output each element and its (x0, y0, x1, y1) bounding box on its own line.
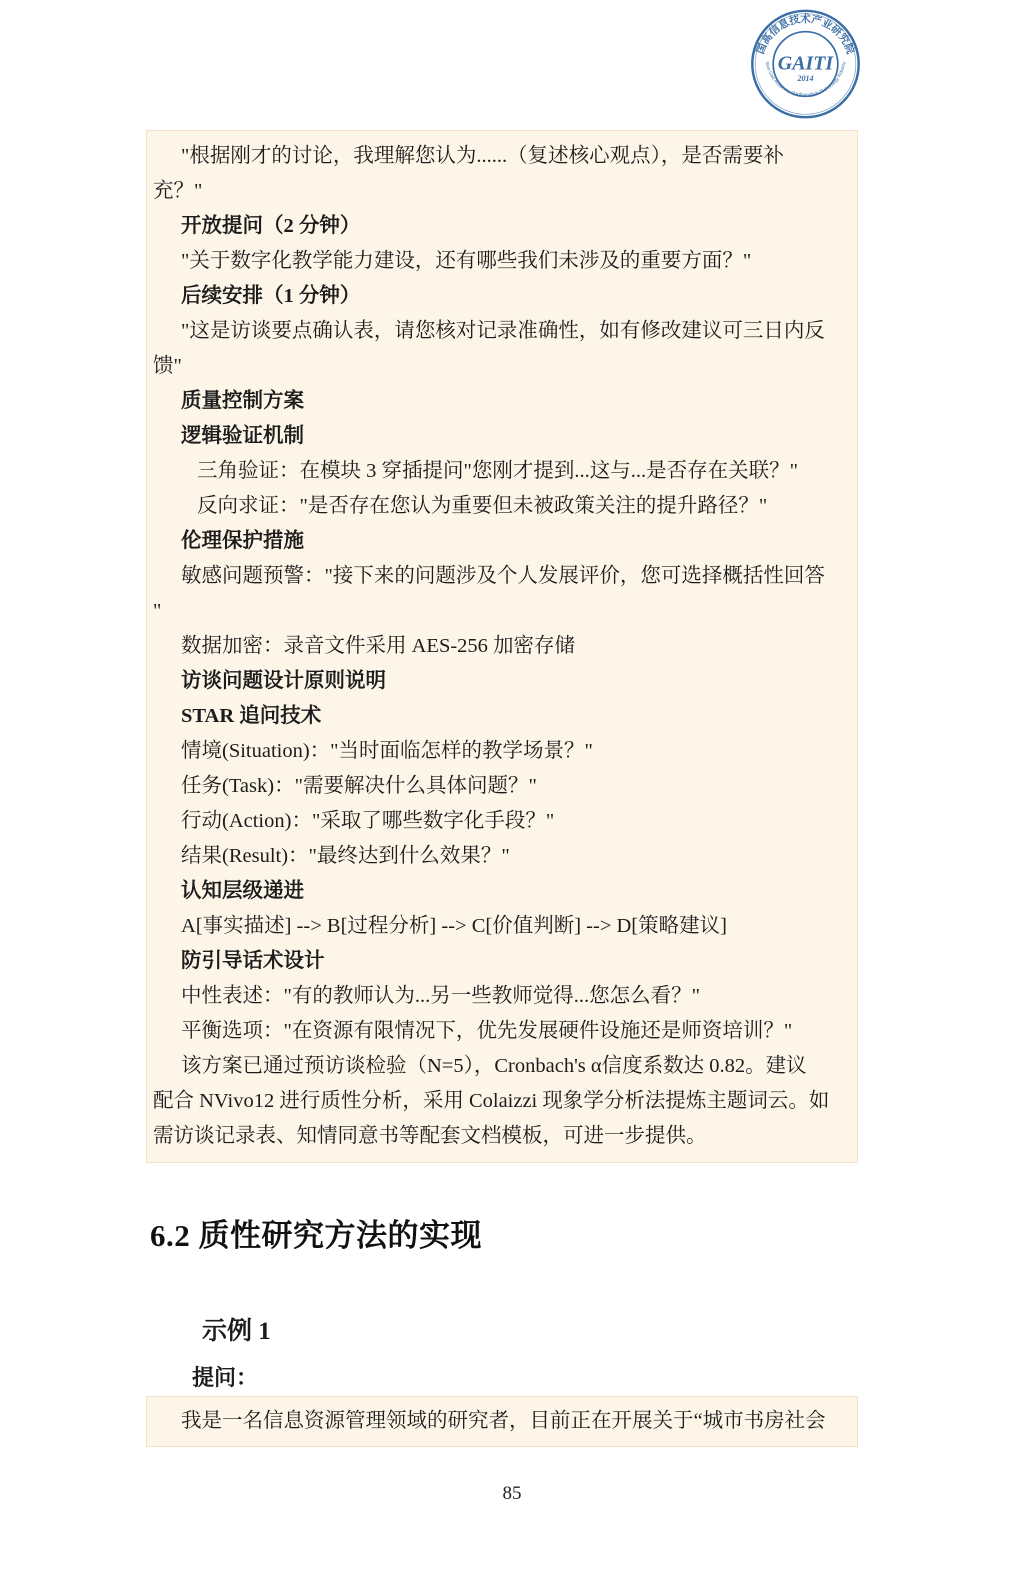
paragraph: "关于数字化教学能力建设，还有哪些我们未涉及的重要方面？" (153, 244, 851, 279)
section-heading: 6.2 质性研究方法的实现 (150, 1215, 858, 1257)
paragraph: 敏感问题预警："接下来的问题涉及个人发展评价，您可选择概括性回答 " (153, 559, 851, 629)
paragraph: 认知层级递进 (153, 874, 851, 909)
paragraph: 任务(Task)："需要解决什么具体问题？" (153, 769, 851, 804)
paragraph: 访谈问题设计原则说明 (153, 664, 851, 699)
paragraph: 情境(Situation)："当时面临怎样的教学场景？" (153, 734, 851, 769)
paragraph: 平衡选项："在资源有限情况下，优先发展硬件设施还是师资培训？" (153, 1014, 851, 1049)
paragraph: STAR 追问技术 (153, 699, 851, 734)
paragraph: 结果(Result)："最终达到什么效果？" (153, 839, 851, 874)
paragraph: "根据刚才的讨论，我理解您认为......（复述核心观点），是否需要补 充？" (153, 139, 851, 209)
question-text: 我是一名信息资源管理领域的研究者，目前正在开展关于“城市书房社会 (153, 1404, 851, 1439)
paragraph: 防引导话术设计 (153, 944, 851, 979)
paragraph: 逻辑验证机制 (153, 419, 851, 454)
paragraph: 开放提问（2 分钟） (153, 209, 851, 244)
gaiti-logo: 国高信息技术产业研究院 Sino Gao Academy of Informat… (746, 7, 865, 121)
paragraph: 后续安排（1 分钟） (153, 279, 851, 314)
gaiti-seal-icon: 国高信息技术产业研究院 Sino Gao Academy of Informat… (746, 7, 865, 121)
page-number: 85 (0, 1483, 1024, 1505)
paragraph: 行动(Action)："采取了哪些数字化手段？" (153, 804, 851, 839)
question-block: 我是一名信息资源管理领域的研究者，目前正在开展关于“城市书房社会 (146, 1396, 858, 1447)
paragraph: 数据加密：录音文件采用 AES-256 加密存储 (153, 629, 851, 664)
paragraph: A[事实描述] --> B[过程分析] --> C[价值判断] --> D[策略… (153, 909, 851, 944)
content-column: "根据刚才的讨论，我理解您认为......（复述核心观点），是否需要补 充？" … (146, 130, 858, 1447)
example-label: 示例 1 (202, 1315, 858, 1348)
paragraph: 伦理保护措施 (153, 524, 851, 559)
logo-year: 2014 (796, 74, 813, 83)
paragraph: 三角验证：在模块 3 穿插提问"您刚才提到...这与...是否存在关联？" (153, 454, 851, 489)
logo-acronym: GAITI (778, 53, 835, 75)
document-page: 国高信息技术产业研究院 Sino Gao Academy of Informat… (0, 0, 1024, 1585)
paragraph: 中性表述："有的教师认为...另一些教师觉得...您怎么看？" (153, 979, 851, 1014)
paragraph: "这是访谈要点确认表，请您核对记录准确性，如有修改建议可三日内反 馈" (153, 314, 851, 384)
paragraph: 该方案已通过预访谈检验（N=5），Cronbach's α信度系数达 0.82。… (153, 1049, 851, 1154)
paragraph: 反向求证："是否存在您认为重要但未被政策关注的提升路径？" (153, 489, 851, 524)
prompt-label: 提问： (192, 1363, 858, 1392)
paragraph: 质量控制方案 (153, 384, 851, 419)
interview-guide-block: "根据刚才的讨论，我理解您认为......（复述核心观点），是否需要补 充？" … (146, 130, 858, 1163)
